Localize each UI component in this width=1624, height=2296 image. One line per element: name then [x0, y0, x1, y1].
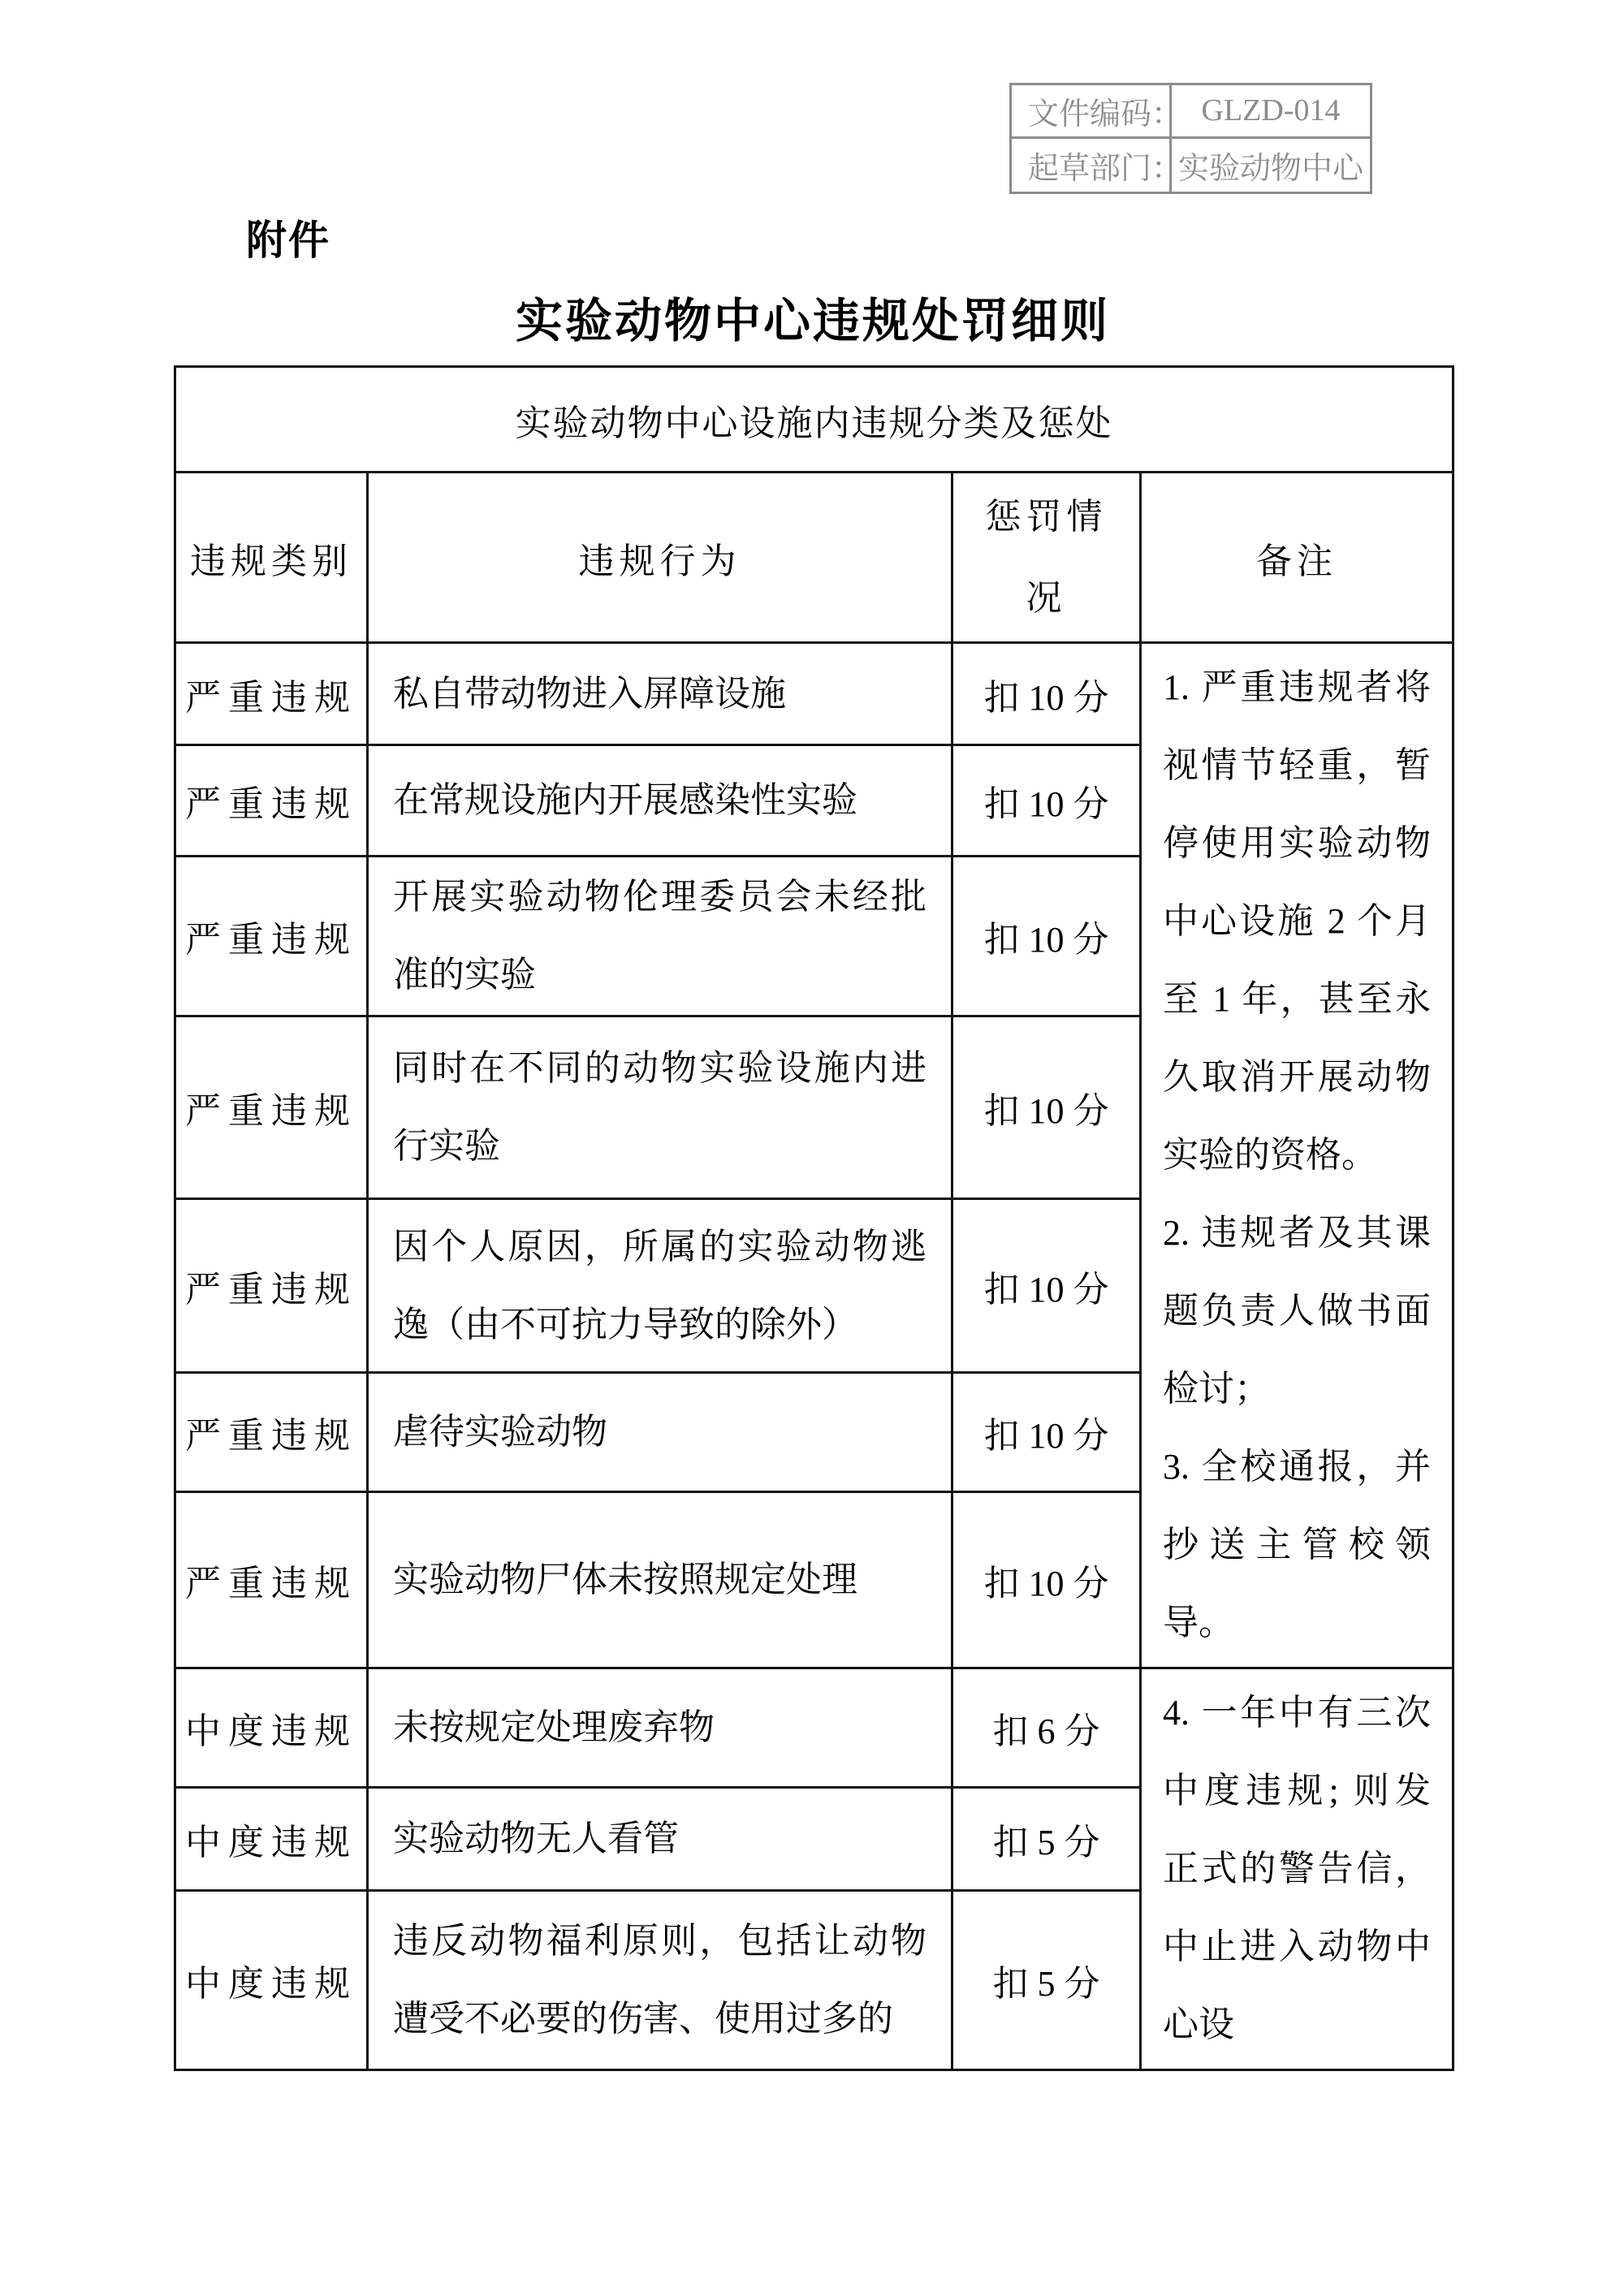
behavior-cell: 实验动物尸体未按照规定处理 — [368, 1491, 952, 1668]
doc-dept-value: 实验动物中心 — [1172, 139, 1370, 192]
column-header-remarks: 备注 — [1141, 473, 1453, 643]
column-header-category: 违规类别 — [175, 473, 368, 643]
category-cell: 严重违规 — [175, 1491, 368, 1668]
remark-item-2: 2. 违规者及其课题负责人做书面检讨； — [1163, 1194, 1431, 1428]
remarks-moderate-cell: 4. 一年中有三次中度违规; 则发正式的警告信，中止进入动物中心设 — [1141, 1668, 1453, 2070]
table-row: 中度违规 未按规定处理废弃物 扣 6 分 4. 一年中有三次中度违规; 则发正式… — [175, 1668, 1453, 1788]
category-cell: 中度违规 — [175, 1890, 368, 2069]
table-caption-row: 实验动物中心设施内违规分类及惩处 — [175, 367, 1453, 473]
doc-code-value: GLZD-014 — [1172, 85, 1370, 139]
penalty-cell: 扣 5 分 — [952, 1890, 1141, 2069]
behavior-cell: 因个人原因，所属的实验动物逃逸（由不可抗力导致的除外） — [368, 1199, 952, 1373]
category-cell: 严重违规 — [175, 1373, 368, 1492]
column-header-behavior: 违规行为 — [368, 473, 952, 643]
attachment-label: 附件 — [246, 208, 330, 266]
behavior-cell: 虐待实验动物 — [368, 1373, 952, 1492]
page-title: 实验动物中心违规处罚细则 — [174, 283, 1452, 351]
table-header-row: 违规类别 违规行为 惩罚情况 备注 — [175, 473, 1453, 643]
table-caption: 实验动物中心设施内违规分类及惩处 — [175, 367, 1453, 473]
penalty-cell: 扣 10 分 — [952, 1491, 1141, 1668]
category-cell: 严重违规 — [175, 745, 368, 856]
penalty-cell: 扣 10 分 — [952, 745, 1141, 856]
doc-code-label: 文件编码： — [1012, 85, 1172, 139]
table-row: 严重违规 私自带动物进入屏障设施 扣 10 分 1. 严重违规者将视情节轻重，暂… — [175, 643, 1453, 745]
document-page: { "page": { "attachment_label": "附件", "t… — [0, 0, 1624, 2296]
doc-info-box: 文件编码： GLZD-014 起草部门： 实验动物中心 — [1009, 83, 1372, 194]
penalty-cell: 扣 10 分 — [952, 643, 1141, 745]
remark-item-1: 1. 严重违规者将视情节轻重，暂停使用实验动物中心设施 2 个月至 1 年，甚至… — [1163, 649, 1431, 1194]
behavior-cell: 实验动物无人看管 — [368, 1788, 952, 1890]
penalty-cell: 扣 10 分 — [952, 1199, 1141, 1373]
penalty-cell: 扣 6 分 — [952, 1668, 1141, 1788]
behavior-cell: 未按规定处理废弃物 — [368, 1668, 952, 1788]
remark-item-4: 4. 一年中有三次中度违规; 则发正式的警告信，中止进入动物中心设 — [1163, 1674, 1431, 2064]
category-cell: 严重违规 — [175, 1199, 368, 1373]
behavior-cell: 同时在不同的动物实验设施内进行实验 — [368, 1016, 952, 1198]
violation-table: 实验动物中心设施内违规分类及惩处 违规类别 违规行为 惩罚情况 备注 严重违规 … — [174, 365, 1454, 2071]
behavior-cell: 违反动物福利原则，包括让动物遭受不必要的伤害、使用过多的 — [368, 1890, 952, 2069]
penalty-cell: 扣 10 分 — [952, 856, 1141, 1016]
behavior-cell: 开展实验动物伦理委员会未经批准的实验 — [368, 856, 952, 1016]
category-cell: 严重违规 — [175, 643, 368, 745]
category-cell: 中度违规 — [175, 1668, 368, 1788]
category-cell: 中度违规 — [175, 1788, 368, 1890]
category-cell: 严重违规 — [175, 856, 368, 1016]
column-header-penalty: 惩罚情况 — [952, 473, 1141, 643]
remark-item-3: 3. 全校通报，并抄送主管校领导。 — [1163, 1428, 1431, 1662]
category-cell: 严重违规 — [175, 1016, 368, 1198]
behavior-cell: 在常规设施内开展感染性实验 — [368, 745, 952, 856]
remarks-severe-cell: 1. 严重违规者将视情节轻重，暂停使用实验动物中心设施 2 个月至 1 年，甚至… — [1141, 643, 1453, 1668]
behavior-cell: 私自带动物进入屏障设施 — [368, 643, 952, 745]
penalty-cell: 扣 10 分 — [952, 1373, 1141, 1492]
penalty-cell: 扣 5 分 — [952, 1788, 1141, 1890]
penalty-cell: 扣 10 分 — [952, 1016, 1141, 1198]
doc-dept-label: 起草部门： — [1012, 139, 1172, 192]
